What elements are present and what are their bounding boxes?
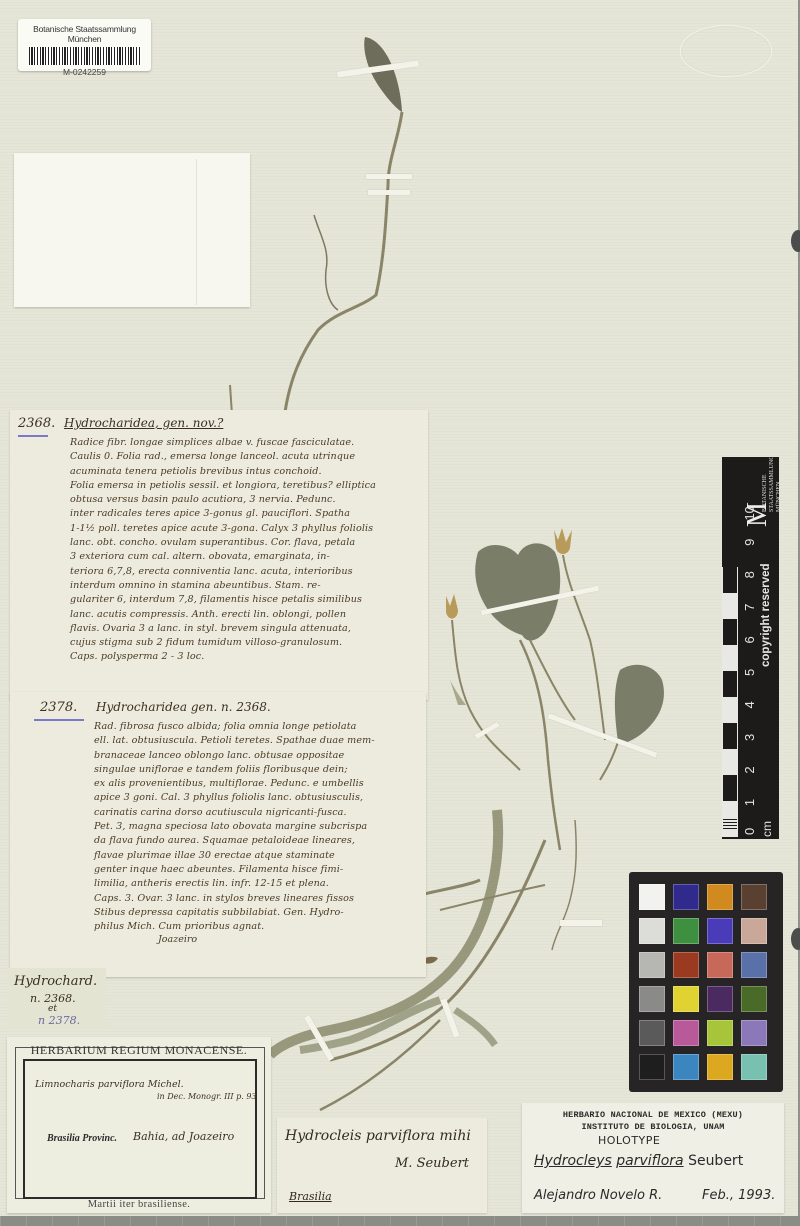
ruler-numbers: 0 1 2 3 4 5 6 7 8 9 10 (742, 506, 757, 835)
mounting-strap (366, 174, 412, 179)
color-swatch (741, 1054, 767, 1080)
note-number: 2378. (40, 700, 77, 715)
color-calibration-chart (629, 872, 783, 1092)
determination-name: Limnocharis parviflora Michel. (35, 1079, 184, 1090)
logo-text: BOTANISCHE STAATSSAMMLUNG MÜNCHEN (762, 455, 783, 512)
color-swatch (639, 986, 665, 1012)
institute-name: INSTITUTO DE BIOLOGIA, UNAM (522, 1122, 784, 1132)
color-swatch (707, 952, 733, 978)
color-swatch (707, 986, 733, 1012)
color-swatch (673, 986, 699, 1012)
color-swatch (639, 1054, 665, 1080)
label-footer: Martii iter brasiliense. (7, 1199, 271, 1210)
handwritten-note-2378: 2378. Hydrocharidea gen. n. 2368. Rad. f… (10, 692, 426, 977)
copyright-notice: copyright reserved (760, 563, 772, 667)
determination-date: Feb., 1993. (702, 1188, 775, 1203)
color-swatch (673, 1020, 699, 1046)
color-swatch (673, 1054, 699, 1080)
note-body: Rad. fibrosa fusco albida; folia omnia l… (94, 720, 375, 934)
note-heading: Hydrocharidea gen. n. 2368. (96, 700, 271, 714)
taxon-name: Hydrocleys parviflora Seubert (534, 1153, 743, 1169)
color-swatch (673, 952, 699, 978)
determiner-name: Alejandro Novelo R. (534, 1188, 662, 1203)
seubert-determination-label: Hydrocleis parviflora mihi M. Seubert Br… (277, 1118, 487, 1213)
note-body: Radice fibr. longae simplices albae v. f… (70, 436, 376, 665)
author-signature: M. Seubert (395, 1156, 469, 1171)
color-swatch (741, 918, 767, 944)
blue-underline (34, 719, 84, 721)
label-title: HERBARIUM REGIUM MONACENSE. (7, 1043, 271, 1058)
ruler-unit: cm (760, 821, 774, 837)
herbarium-name: HERBARIO NACIONAL DE MEXICO (MEXU) (522, 1110, 784, 1120)
color-swatch (639, 952, 665, 978)
scale-ruler: M BOTANISCHE STAATSSAMMLUNG MÜNCHEN 0 1 … (722, 457, 779, 839)
color-swatch (707, 1054, 733, 1080)
province-value: Bahia, ad Joazeiro (133, 1130, 234, 1143)
handwritten-note-2368: 2368. Hydrocharidea, gen. nov.? Radice f… (10, 410, 428, 700)
handwritten-cross-reference: Hydrochard. n. 2368. et n 2378. (8, 968, 106, 1030)
color-swatch (707, 1020, 733, 1046)
blue-underline (18, 435, 48, 437)
locality: Brasilia (289, 1190, 332, 1203)
color-swatch (741, 884, 767, 910)
color-swatch (673, 918, 699, 944)
mounting-strap (368, 190, 410, 195)
herbarium-regium-label: HERBARIUM REGIUM MONACENSE. Limnocharis … (7, 1037, 271, 1213)
color-swatch (741, 986, 767, 1012)
note-number: 2368. (18, 416, 55, 431)
mexu-holotype-label: HERBARIO NACIONAL DE MEXICO (MEXU) INSTI… (522, 1103, 784, 1213)
color-swatch (673, 884, 699, 910)
note-heading: Hydrocharidea, gen. nov.? (64, 416, 223, 430)
determination-reference: in Dec. Monogr. III p. 93 (157, 1092, 257, 1101)
color-swatch-grid (639, 884, 767, 1080)
color-swatch (639, 1020, 665, 1046)
province-label: Brasilia Provinc. (47, 1133, 117, 1144)
color-swatch (707, 918, 733, 944)
ruler-scale-bar (722, 567, 738, 837)
mounting-strap (560, 920, 602, 926)
color-swatch (741, 952, 767, 978)
color-swatch (707, 884, 733, 910)
locality-signature: Joazeiro (158, 934, 197, 945)
type-status: HOLOTYPE (598, 1134, 660, 1147)
color-swatch (639, 918, 665, 944)
color-swatch (639, 884, 665, 910)
color-swatch (741, 1020, 767, 1046)
taxon-name: Hydrocleis parviflora mihi (285, 1128, 471, 1144)
